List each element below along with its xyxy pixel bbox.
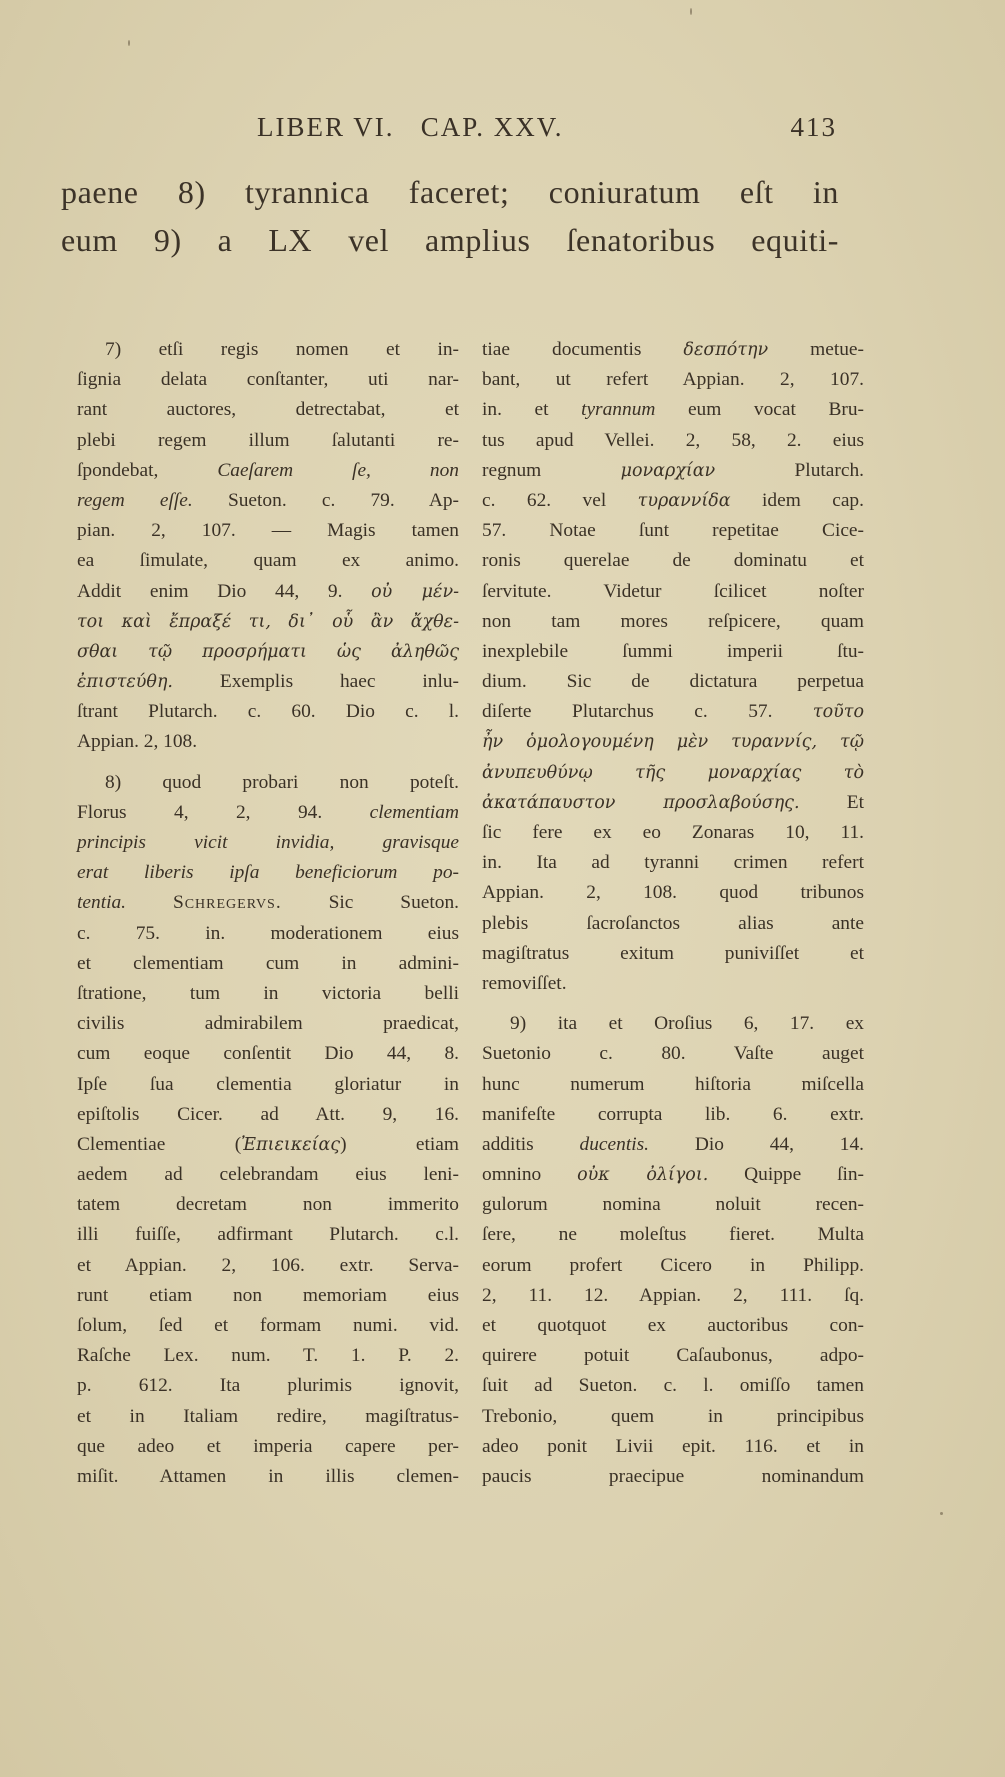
- greek-text: ἀκατάπαυστον προσλαβούσης.: [482, 793, 800, 813]
- book-page: LIBER VI. CAP. XXV. 413 paene 8) tyranni…: [0, 0, 1005, 1777]
- footnote-line: ſic fere ex eo Zonaras 10, 11.: [482, 818, 864, 848]
- greek-text: ἐπιστεύθη.: [77, 672, 173, 692]
- footnote-line: pian. 2, 107. — Magis tamen: [77, 516, 459, 546]
- footnote-line: Ipſe ſua clementia gloriatur in: [77, 1070, 459, 1100]
- footnote-line: adeo ponit Livii epit. 116. et in: [482, 1432, 864, 1462]
- footnote-line: τοι καὶ ἔπραξέ τι, δι᾽ οὗ ἂν ἄχθε-: [77, 607, 459, 637]
- main-text-line: paene 8) tyrannica faceret; coniuratum e…: [61, 168, 839, 216]
- footnote-line: Appian. 2, 108.: [77, 727, 459, 757]
- footnote-line: ſtratione, tum in victoria belli: [77, 979, 459, 1009]
- footnote-line: 57. Notae ſunt repetitae Cice-: [482, 516, 864, 546]
- greek-text: οὐκ ὀλίγοι.: [577, 1165, 708, 1185]
- footnote-line: illi fuiſſe, adfirmant Plutarch. c.l.: [77, 1220, 459, 1250]
- italic-text: principis vicit invidia, gravisque: [77, 832, 459, 853]
- greek-text: μοναρχίαν: [621, 461, 716, 481]
- footnote-line: magiſtratus exitum puniviſſet et: [482, 939, 864, 969]
- footnote-line: hunc numerum hiſtoria miſcella: [482, 1070, 864, 1100]
- footnote-line: Appian. 2, 108. quod tribunos: [482, 878, 864, 908]
- greek-text: τοι καὶ ἔπραξέ τι, δι᾽ οὗ ἂν ἄχθε-: [77, 612, 459, 632]
- page-number: 413: [791, 112, 838, 143]
- footnote-line: epiſtolis Cicer. ad Att. 9, 16.: [77, 1100, 459, 1130]
- footnote-line: quirere potuit Caſaubonus, adpo-: [482, 1341, 864, 1371]
- footnote-line: ſpondebat, Caeſarem ſe, non: [77, 456, 459, 486]
- text-segment: metue-: [768, 339, 864, 360]
- footnote-line: ſtrant Plutarch. c. 60. Dio c. l.: [77, 697, 459, 727]
- running-head-title: LIBER VI. CAP. XXV.: [257, 112, 564, 143]
- footnote-line: et quotquot ex auctoribus con-: [482, 1311, 864, 1341]
- footnote-line: ἀνυπευθύνῳ τῆς μοναρχίας τὸ: [482, 758, 864, 788]
- footnote-line: eorum profert Cicero in Philipp.: [482, 1251, 864, 1281]
- greek-text: σθαι τῷ προσρήματι ὡς ἀληθῶς: [77, 642, 459, 662]
- footnote-line: σθαι τῷ προσρήματι ὡς ἀληθῶς: [77, 637, 459, 667]
- footnote-line: ἦν ὁμολογουμένη μὲν τυραννίς, τῷ: [482, 727, 864, 757]
- italic-text: Caeſarem ſe, non: [217, 460, 459, 481]
- text-segment: ) etiam: [340, 1134, 459, 1155]
- footnote-line: Clementiae (Ἐπιεικείας) etiam: [77, 1130, 459, 1160]
- greek-text: ἦν ὁμολογουμένη μὲν τυραννίς, τῷ: [482, 732, 864, 752]
- text-segment: [126, 892, 173, 913]
- greek-text: τοῦτο: [813, 702, 864, 722]
- text-segment: Sic Sueton.: [282, 892, 459, 913]
- footnote-line: 9) ita et Oroſius 6, 17. ex: [482, 1009, 864, 1039]
- paper-speck: [940, 1512, 943, 1515]
- footnote-line: ſignia delata conſtanter, uti nar-: [77, 365, 459, 395]
- footnote-line: removiſſet.: [482, 969, 864, 999]
- text-segment: eum vocat Bru-: [655, 399, 864, 420]
- footnote-line: principis vicit invidia, gravisque: [77, 828, 459, 858]
- footnote-line: diſerte Plutarchus c. 57. τοῦτο: [482, 697, 864, 727]
- footnote-line: plebis ſacroſanctos alias ante: [482, 909, 864, 939]
- paragraph-gap: [77, 758, 459, 768]
- footnote-line: ἀκατάπαυστον προσλαβούσης. Et: [482, 788, 864, 818]
- footnote-line: non tam mores reſpicere, quam: [482, 607, 864, 637]
- footnote-line: regem eſſe. Sueton. c. 79. Ap-: [77, 486, 459, 516]
- footnote-line: c. 62. vel τυραννίδα idem cap.: [482, 486, 864, 516]
- footnote-line: in. et tyrannum eum vocat Bru-: [482, 395, 864, 425]
- footnote-line: Suetonio c. 80. Vaſte auget: [482, 1039, 864, 1069]
- text-segment: Exemplis haec inlu-: [173, 671, 459, 692]
- main-text: paene 8) tyrannica faceret; coniuratum e…: [61, 168, 839, 264]
- italic-text: erat liberis ipſa beneficiorum po-: [77, 862, 459, 883]
- footnote-line: gulorum nomina noluit recen-: [482, 1190, 864, 1220]
- text-segment: in. et: [482, 399, 581, 420]
- italic-text: clementiam: [370, 802, 459, 823]
- italic-text: tyrannum: [581, 399, 655, 420]
- text-segment: Schregervs.: [173, 892, 282, 913]
- footnote-line: tiae documentis δεσπότην metue-: [482, 335, 864, 365]
- text-segment: regnum: [482, 460, 621, 481]
- footnote-line: Florus 4, 2, 94. clementiam: [77, 798, 459, 828]
- footnote-line: aedem ad celebrandam eius leni-: [77, 1160, 459, 1190]
- footnote-line: Trebonio, quem in principibus: [482, 1402, 864, 1432]
- footnote-line: que adeo et imperia capere per-: [77, 1432, 459, 1462]
- text-segment: Sueton. c. 79. Ap-: [193, 490, 459, 511]
- italic-text: tentia.: [77, 892, 126, 913]
- footnote-line: ſuit ad Sueton. c. l. omiſſo tamen: [482, 1371, 864, 1401]
- text-segment: Plutarch.: [715, 460, 864, 481]
- footnote-line: ronis querelae de dominatu et: [482, 546, 864, 576]
- text-segment: Dio 44, 14.: [649, 1134, 864, 1155]
- footnote-line: tus apud Vellei. 2, 58, 2. eius: [482, 426, 864, 456]
- footnote-line: ſolum, ſed et formam numi. vid.: [77, 1311, 459, 1341]
- footnote-line: erat liberis ipſa beneficiorum po-: [77, 858, 459, 888]
- footnote-line: 7) etſi regis nomen et in-: [77, 335, 459, 365]
- footnote-line: et Appian. 2, 106. extr. Serva-: [77, 1251, 459, 1281]
- italic-text: ducentis.: [580, 1134, 649, 1155]
- greek-text: τυραννίδα: [638, 491, 731, 511]
- footnote-line: ſervitute. Videtur ſcilicet noſter: [482, 577, 864, 607]
- text-segment: Addit enim Dio 44, 9.: [77, 581, 371, 602]
- greek-text: ἀνυπευθύνῳ τῆς μοναρχίας τὸ: [482, 763, 864, 783]
- footnote-line: paucis praecipue nominandum: [482, 1462, 864, 1492]
- text-segment: diſerte Plutarchus c. 57.: [482, 701, 813, 722]
- footnotes-left-column: 7) etſi regis nomen et in-ſignia delata …: [77, 335, 459, 1492]
- footnote-line: bant, ut refert Appian. 2, 107.: [482, 365, 864, 395]
- footnote-line: ea ſimulate, quam ex animo.: [77, 546, 459, 576]
- text-segment: idem cap.: [731, 490, 864, 511]
- text-segment: c. 62. vel: [482, 490, 638, 511]
- text-segment: omnino: [482, 1164, 577, 1185]
- footnote-line: regnum μοναρχίαν Plutarch.: [482, 456, 864, 486]
- text-segment: Et: [800, 792, 864, 813]
- footnote-line: inexplebile ſummi imperii ſtu-: [482, 637, 864, 667]
- greek-text: Ἐπιεικείας: [241, 1135, 340, 1155]
- paragraph-gap: [482, 999, 864, 1009]
- footnote-line: cum eoque conſentit Dio 44, 8.: [77, 1039, 459, 1069]
- greek-text: δεσπότην: [683, 340, 768, 360]
- paper-speck: [690, 8, 692, 15]
- text-segment: Florus 4, 2, 94.: [77, 802, 370, 823]
- main-text-line: eum 9) a LX vel amplius ſenatoribus equi…: [61, 216, 839, 264]
- text-segment: tiae documentis: [482, 339, 683, 360]
- footnote-line: et in Italiam redire, magiſtratus-: [77, 1402, 459, 1432]
- text-segment: ſpondebat,: [77, 460, 217, 481]
- text-segment: additis: [482, 1134, 580, 1155]
- footnote-line: c. 75. in. moderationem eius: [77, 919, 459, 949]
- greek-text: οὐ μέν-: [371, 582, 459, 602]
- footnote-line: civilis admirabilem praedicat,: [77, 1009, 459, 1039]
- footnote-line: et clementiam cum in admini-: [77, 949, 459, 979]
- footnote-line: manifeſte corrupta lib. 6. extr.: [482, 1100, 864, 1130]
- footnote-line: in. Ita ad tyranni crimen refert: [482, 848, 864, 878]
- footnote-line: additis ducentis. Dio 44, 14.: [482, 1130, 864, 1160]
- footnotes-right-column: tiae documentis δεσπότην metue-bant, ut …: [482, 335, 864, 1492]
- footnote-line: tatem decretam non immerito: [77, 1190, 459, 1220]
- text-segment: Quippe ſin-: [708, 1164, 864, 1185]
- footnote-line: 8) quod probari non poteſt.: [77, 768, 459, 798]
- footnote-line: 2, 11. 12. Appian. 2, 111. ſq.: [482, 1281, 864, 1311]
- footnote-line: Raſche Lex. num. T. 1. P. 2.: [77, 1341, 459, 1371]
- footnote-line: dium. Sic de dictatura perpetua: [482, 667, 864, 697]
- footnote-line: miſit. Attamen in illis clemen-: [77, 1462, 459, 1492]
- footnote-line: plebi regem illum ſalutanti re-: [77, 426, 459, 456]
- footnote-line: ἐπιστεύθη. Exemplis haec inlu-: [77, 667, 459, 697]
- footnote-line: omnino οὐκ ὀλίγοι. Quippe ſin-: [482, 1160, 864, 1190]
- footnote-line: rant auctores, detrectabat, et: [77, 395, 459, 425]
- footnote-line: p. 612. Ita plurimis ignovit,: [77, 1371, 459, 1401]
- footnote-line: ſere, ne moleſtus fieret. Multa: [482, 1220, 864, 1250]
- footnote-line: tentia. Schregervs. Sic Sueton.: [77, 888, 459, 918]
- paper-speck: [128, 40, 130, 46]
- footnote-line: Addit enim Dio 44, 9. οὐ μέν-: [77, 577, 459, 607]
- footnote-line: runt etiam non memoriam eius: [77, 1281, 459, 1311]
- text-segment: Clementiae (: [77, 1134, 241, 1155]
- italic-text: regem eſſe.: [77, 490, 193, 511]
